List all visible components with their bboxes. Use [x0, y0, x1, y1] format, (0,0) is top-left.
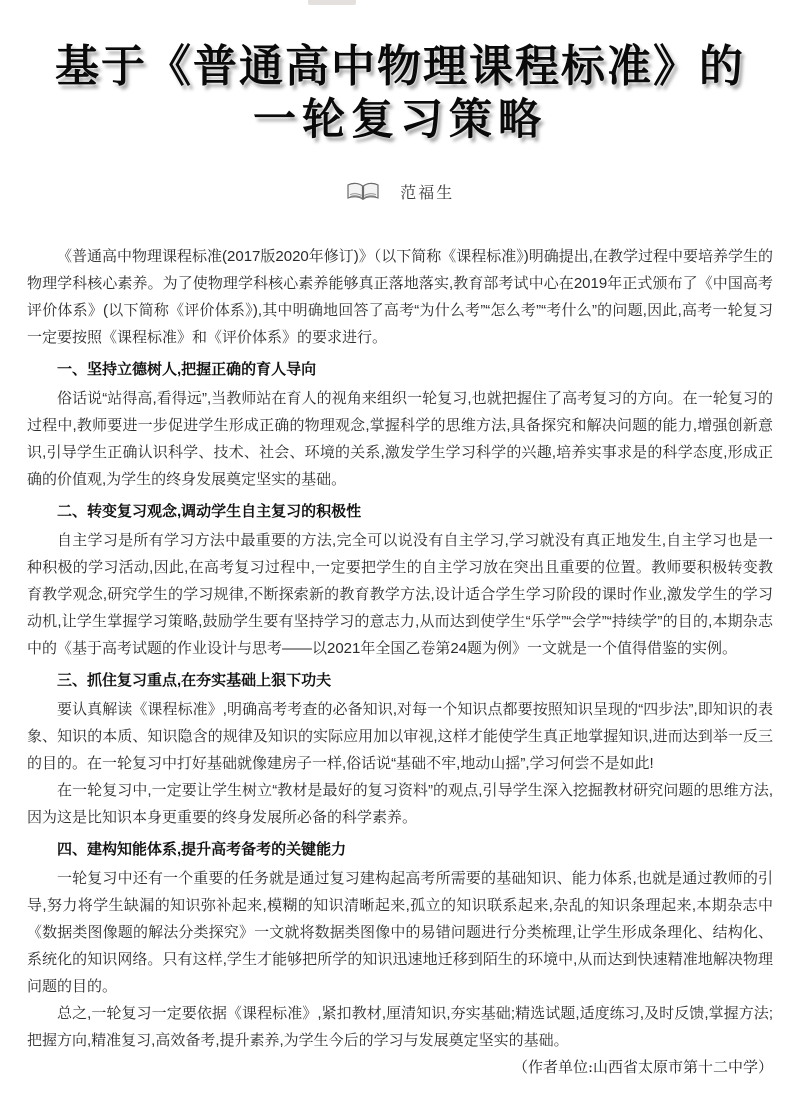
section-4-paragraph: 一轮复习中还有一个重要的任务就是通过复习建构起高考所需要的基础知识、能力体系,也…	[27, 865, 773, 1000]
section-1-paragraph: 俗话说“站得高,看得远”,当教师站在育人的视角来组织一轮复习,也就把握住了高考复…	[27, 385, 773, 493]
section-2-paragraph: 自主学习是所有学习方法中最重要的方法,完全可以说没有自主学习,学习就没有真正地发…	[27, 527, 773, 662]
section-3-heading: 三、抓住复习重点,在夯实基础上狠下功夫	[27, 667, 773, 694]
open-book-icon	[346, 182, 380, 207]
author-name: 范福生	[400, 185, 454, 202]
article-body: 《普通高中物理课程标准(2017版2020年修订)》（以下简称《课程标准》)明确…	[27, 243, 773, 1081]
article-title: 基于《普通高中物理课程标准》的 一轮复习策略	[27, 0, 773, 146]
section-4-heading: 四、建构知能体系,提升高考备考的关键能力	[27, 836, 773, 863]
title-line-2: 一轮复习策略	[27, 94, 773, 146]
author-row: 范福生	[27, 180, 773, 207]
intro-paragraph: 《普通高中物理课程标准(2017版2020年修订)》（以下简称《课程标准》)明确…	[27, 243, 773, 351]
article-page: 基于《普通高中物理课程标准》的 一轮复习策略 范福生 《普通高中物理课程标准(2…	[0, 0, 800, 1106]
conclusion-paragraph: 总之,一轮复习一定要依据《课程标准》,紧扣教材,厘清知识,夯实基础;精选试题,适…	[27, 1000, 773, 1054]
title-line-1: 基于《普通高中物理课程标准》的	[27, 40, 773, 94]
scan-edge-artifact	[308, 0, 356, 5]
section-1-heading: 一、坚持立德树人,把握正确的育人导向	[27, 356, 773, 383]
section-3-paragraph-1: 要认真解读《课程标准》,明确高考考查的必备知识,对每一个知识点都要按照知识呈现的…	[27, 696, 773, 777]
author-affiliation: （作者单位:山西省太原市第十二中学）	[27, 1054, 773, 1081]
section-3-paragraph-2: 在一轮复习中,一定要让学生树立“教材是最好的复习资料”的观点,引导学生深入挖掘教…	[27, 777, 773, 831]
section-2-heading: 二、转变复习观念,调动学生自主复习的积极性	[27, 498, 773, 525]
